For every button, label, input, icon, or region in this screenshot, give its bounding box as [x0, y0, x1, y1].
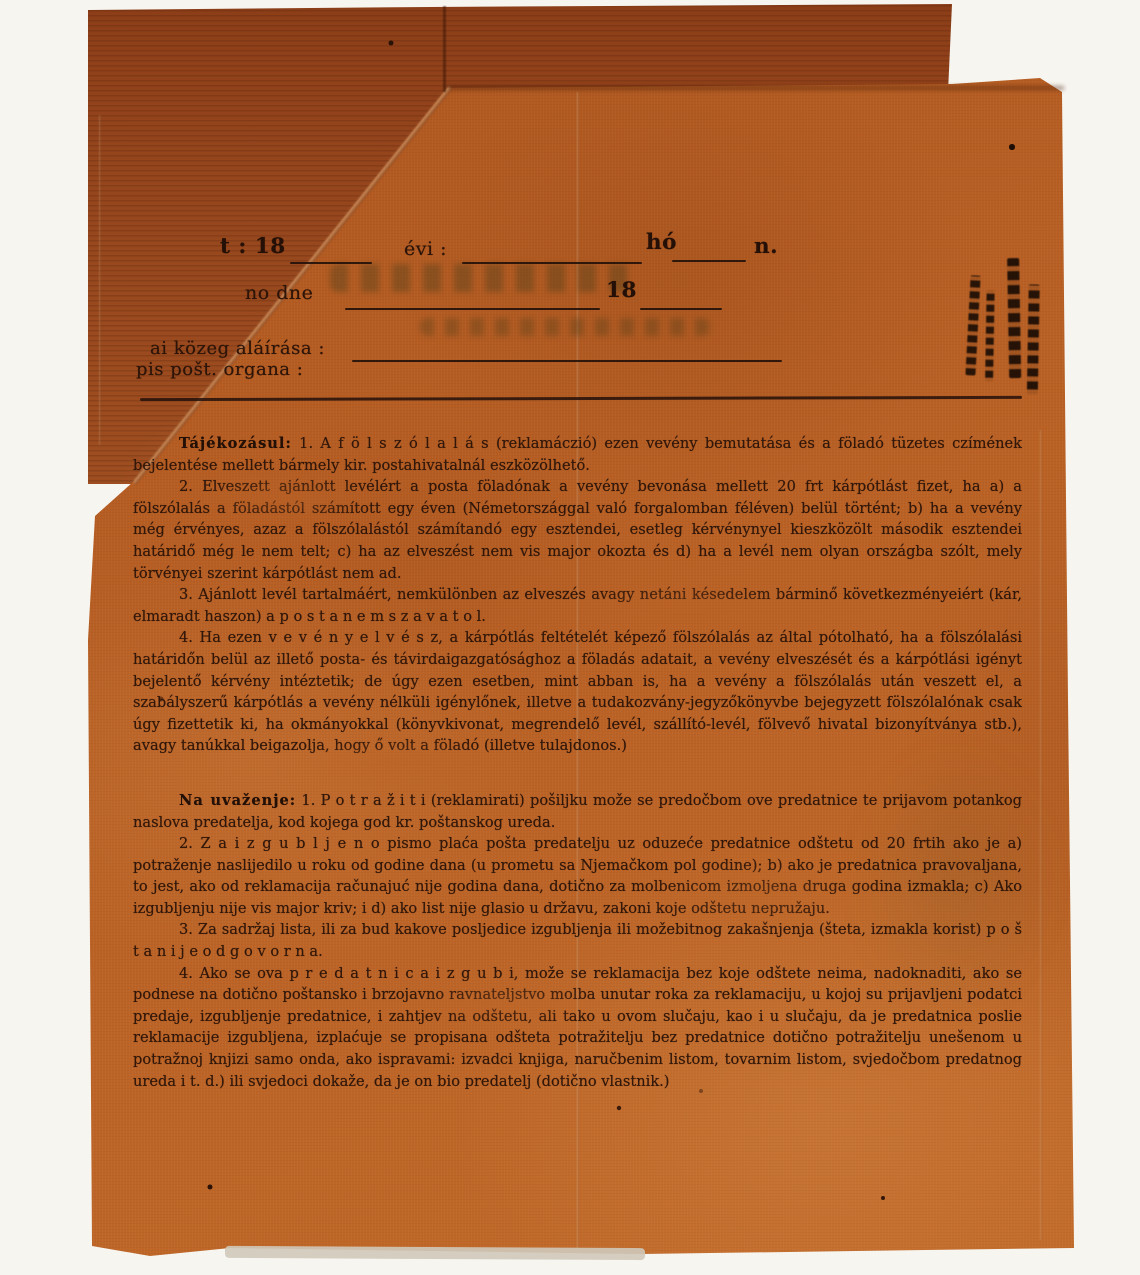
hu-section-lead: Tájékozásul: [179, 435, 292, 452]
hr-paragraph-2: 2. Z a i z g u b l j e n o pismo plaća p… [133, 833, 1022, 919]
form-label-evi: évi : [404, 238, 447, 260]
hr-paragraph-4: 4. Ako se ova p r e d a t n i c a i z g … [133, 963, 1022, 1093]
blank-line [352, 360, 782, 362]
hu-paragraph-3: 3. Ajánlott levél tartalmáért, nemkülönb… [133, 584, 1022, 627]
blank-line [345, 308, 600, 310]
stamp-text-column [985, 290, 995, 382]
hr-paragraph-3: 3. Za sadržaj lista, ili za bud kakove p… [133, 919, 1022, 962]
blank-line [290, 262, 372, 264]
form-year-hr: 18 [606, 278, 637, 303]
form-signature-label-hu: ai közeg aláírása : [150, 338, 325, 359]
bottom-edge-sliver [225, 1246, 645, 1260]
hu-paragraph-1: Tájékozásul: 1. A f ö l s z ó l a l á s … [133, 433, 1022, 476]
blank-line [672, 260, 746, 262]
stamp-text-column [1007, 258, 1021, 378]
vertical-crease-left [99, 115, 101, 445]
paper-specks [0, 0, 2, 2]
form-date-prefix-hr: no dne [245, 282, 313, 304]
form-date-prefix-hu: t : 18 [220, 234, 286, 259]
sheet-overlap-shadow [447, 86, 1064, 90]
blank-line [640, 308, 722, 310]
scanned-postal-form: { "form": { "date_hu_prefix": "t : 18", … [0, 0, 1140, 1275]
top-band-crease [443, 6, 446, 92]
instructions-block: Tájékozásul: 1. A f ö l s z ó l a l á s … [133, 433, 1022, 1092]
blank-line [462, 262, 642, 264]
hr-paragraph-1: Na uvaženje: 1. P o t r a ž i t i (rekla… [133, 790, 1022, 833]
section-gap [133, 757, 1022, 790]
ink-stamp [961, 255, 1053, 399]
form-signature-label-hr: pis pošt. organa : [136, 359, 303, 380]
form-label-ho: hó [646, 230, 677, 255]
stamp-text-column [965, 275, 980, 375]
hu-paragraph-2: 2. Elveszett ajánlott levélért a posta f… [133, 476, 1022, 584]
hr-section-lead: Na uvaženje: [179, 792, 296, 809]
vertical-crease-right [1040, 430, 1042, 1240]
stamp-text-column [1027, 284, 1040, 394]
hu-paragraph-4: 4. Ha ezen v e v é n y e l v é s z, a ká… [133, 627, 1022, 757]
form-label-n: n. [754, 234, 778, 259]
